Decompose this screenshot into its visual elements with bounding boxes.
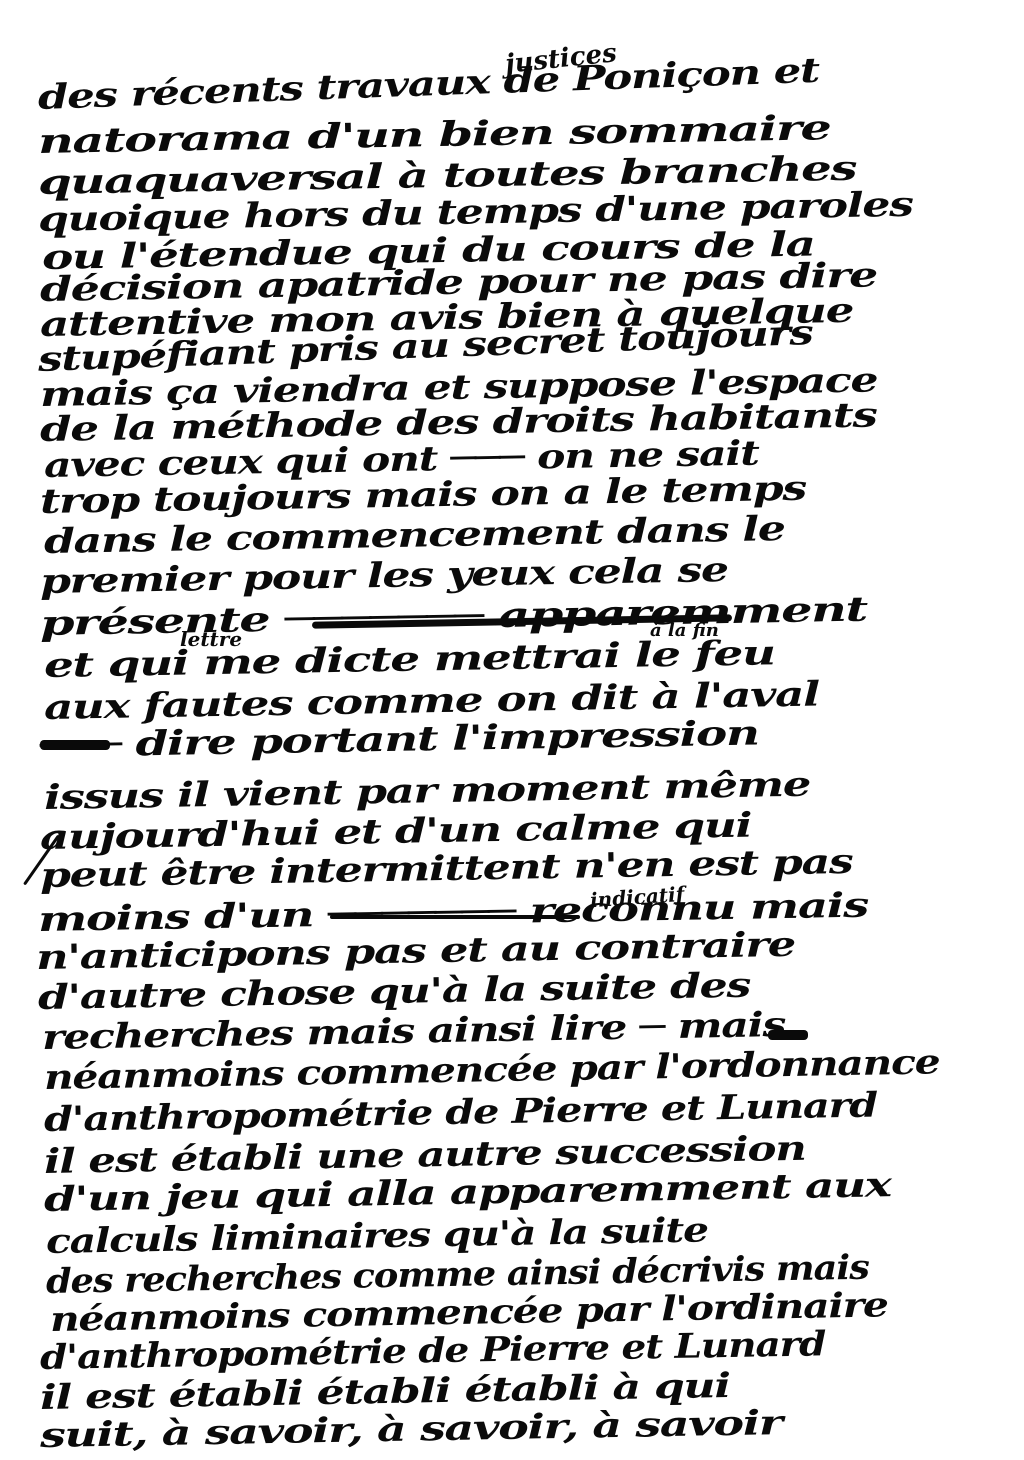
manuscript-page: justices des récents travaux de Poniçon … — [0, 0, 1024, 1460]
manuscript-line: des récents travaux de Poniçon et — [37, 51, 819, 118]
strikethrough — [768, 1030, 808, 1040]
strikethrough — [40, 740, 110, 750]
strikethrough — [330, 915, 580, 919]
